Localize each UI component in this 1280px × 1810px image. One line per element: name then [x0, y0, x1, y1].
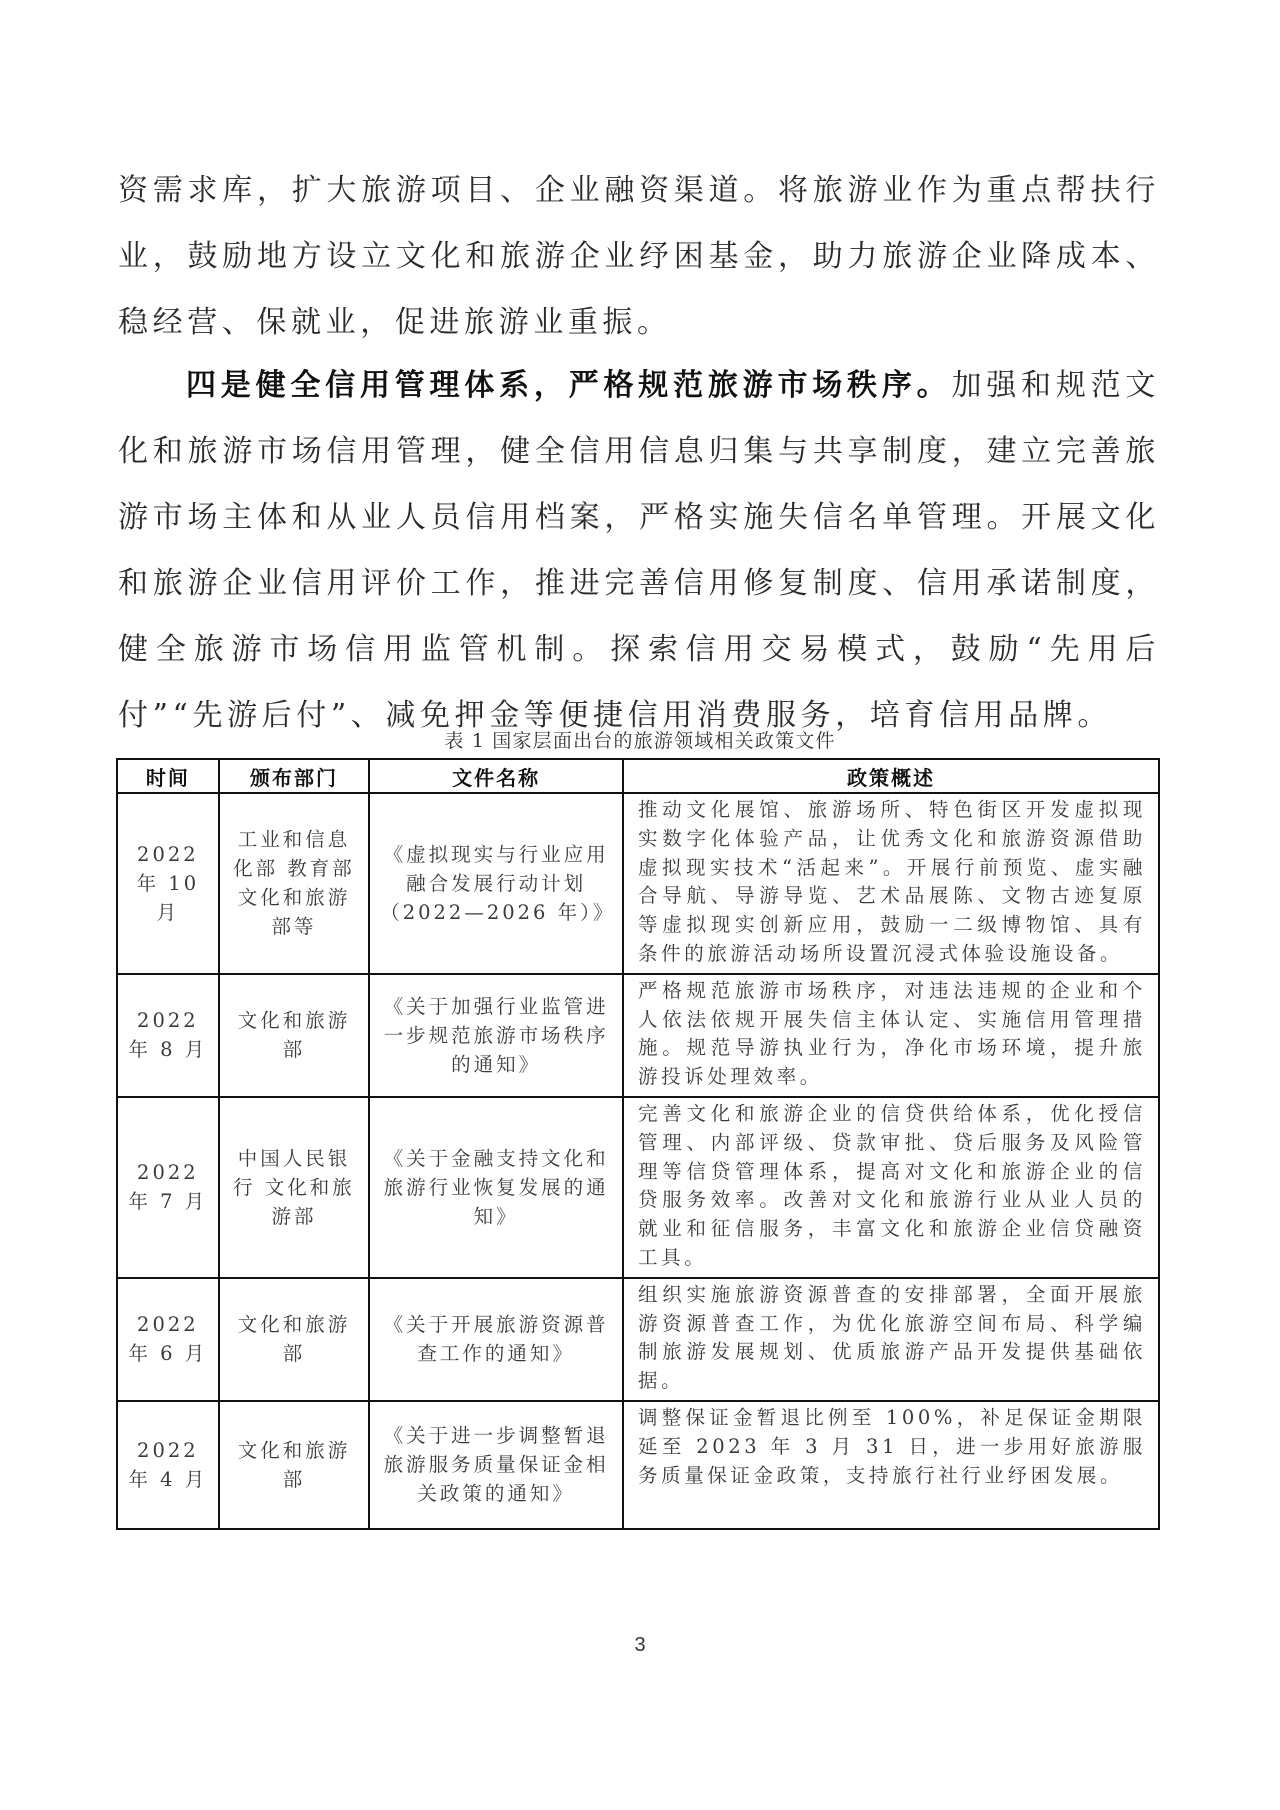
table-row: 2022 年 10 月 工业和信息化部 教育部 文化和旅游部等 《虚拟现实与行业… [117, 793, 1159, 974]
cell-summary: 调整保证金暂退比例至 100%，补足保证金期限延至 2023 年 3 月 31 … [623, 1401, 1159, 1529]
policy-table: 时间 颁布部门 文件名称 政策概述 2022 年 10 月 工业和信息化部 教育… [116, 758, 1160, 1530]
document-page: 资需求库，扩大旅游项目、企业融资渠道。将旅游业作为重点帮扶行业，鼓励地方设立文化… [0, 0, 1280, 1810]
paragraph-text: 加强和规范文化和旅游市场信用管理，健全信用信息归集与共享制度，建立完善旅游市场主… [118, 368, 1160, 733]
header-date: 时间 [117, 759, 219, 793]
cell-department: 工业和信息化部 教育部 文化和旅游部等 [219, 793, 369, 974]
cell-date: 2022 年 10 月 [117, 793, 219, 974]
cell-document: 《关于开展旅游资源普查工作的通知》 [369, 1278, 623, 1401]
body-paragraph-1: 资需求库，扩大旅游项目、企业融资渠道。将旅游业作为重点帮扶行业，鼓励地方设立文化… [118, 158, 1160, 356]
cell-date: 2022 年 7 月 [117, 1097, 219, 1278]
paragraph-text: 资需求库，扩大旅游项目、企业融资渠道。将旅游业作为重点帮扶行业，鼓励地方设立文化… [118, 173, 1160, 340]
header-document: 文件名称 [369, 759, 623, 793]
table-row: 2022 年 7 月 中国人民银行 文化和旅游部 《关于金融支持文化和旅游行业恢… [117, 1097, 1159, 1278]
cell-summary: 组织实施旅游资源普查的安排部署，全面开展旅游资源普查工作，为优化旅游空间布局、科… [623, 1278, 1159, 1401]
cell-document: 《虚拟现实与行业应用融合发展行动计划（2022—2026 年）》 [369, 793, 623, 974]
cell-department: 文化和旅游部 [219, 1278, 369, 1401]
cell-department: 中国人民银行 文化和旅游部 [219, 1097, 369, 1278]
header-summary: 政策概述 [623, 759, 1159, 793]
cell-date: 2022 年 4 月 [117, 1401, 219, 1529]
table-row: 2022 年 8 月 文化和旅游部 《关于加强行业监管进一步规范旅游市场秩序的通… [117, 974, 1159, 1097]
table-header-row: 时间 颁布部门 文件名称 政策概述 [117, 759, 1159, 793]
header-department: 颁布部门 [219, 759, 369, 793]
paragraph-bold-lead: 四是健全信用管理体系，严格规范旅游市场秩序。 [186, 368, 951, 403]
cell-date: 2022 年 8 月 [117, 974, 219, 1097]
cell-date: 2022 年 6 月 [117, 1278, 219, 1401]
cell-summary: 严格规范旅游市场秩序，对违法违规的企业和个人依法依规开展失信主体认定、实施信用管… [623, 974, 1159, 1097]
cell-document: 《关于进一步调整暂退旅游服务质量保证金相关政策的通知》 [369, 1401, 623, 1529]
cell-summary: 完善文化和旅游企业的信贷供给体系，优化授信管理、内部评级、贷款审批、贷后服务及风… [623, 1097, 1159, 1278]
cell-department: 文化和旅游部 [219, 974, 369, 1097]
cell-summary: 推动文化展馆、旅游场所、特色街区开发虚拟现实数字化体验产品，让优秀文化和旅游资源… [623, 793, 1159, 974]
table-row: 2022 年 4 月 文化和旅游部 《关于进一步调整暂退旅游服务质量保证金相关政… [117, 1401, 1159, 1529]
table-caption: 表 1 国家层面出台的旅游领域相关政策文件 [0, 726, 1280, 753]
cell-document: 《关于加强行业监管进一步规范旅游市场秩序的通知》 [369, 974, 623, 1097]
cell-document: 《关于金融支持文化和旅游行业恢复发展的通知》 [369, 1097, 623, 1278]
page-number: 3 [0, 1634, 1280, 1657]
body-paragraph-2: 四是健全信用管理体系，严格规范旅游市场秩序。加强和规范文化和旅游市场信用管理，健… [118, 353, 1160, 749]
table-row: 2022 年 6 月 文化和旅游部 《关于开展旅游资源普查工作的通知》 组织实施… [117, 1278, 1159, 1401]
cell-department: 文化和旅游部 [219, 1401, 369, 1529]
